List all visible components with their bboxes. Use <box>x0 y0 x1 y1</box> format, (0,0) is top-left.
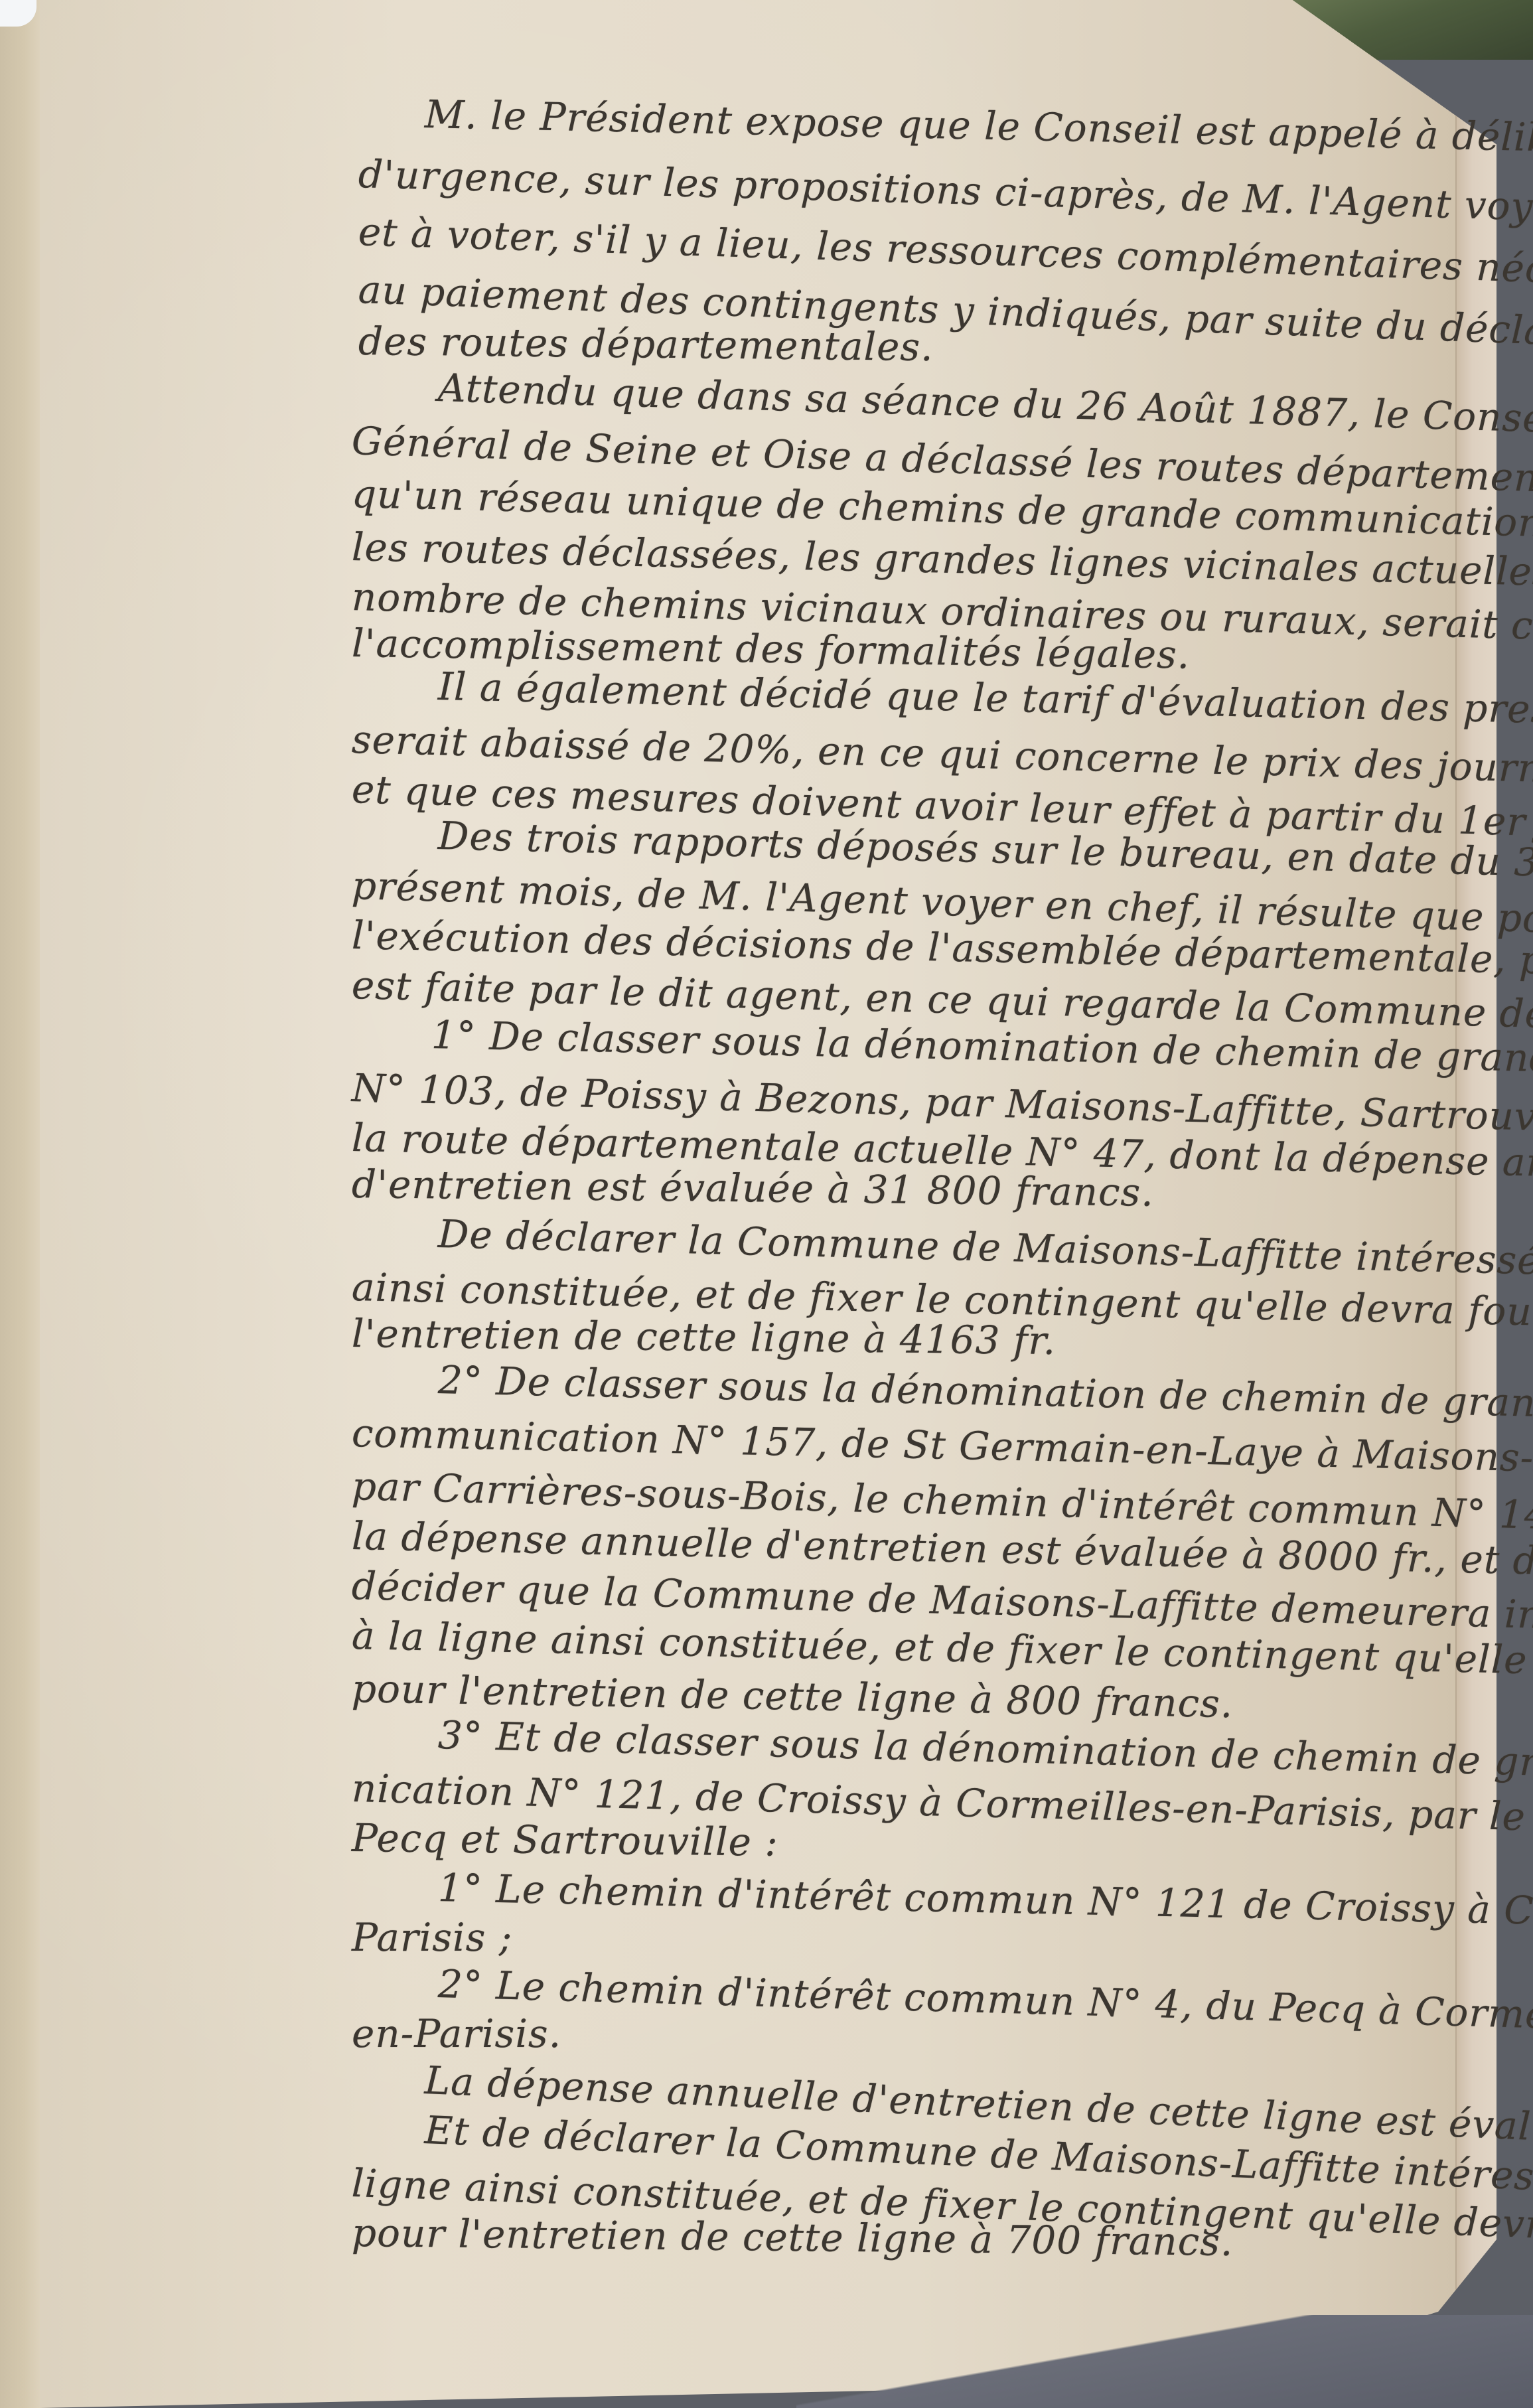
manuscript-line: en-Parisis. <box>352 2011 561 2056</box>
manuscript-line: l'entretien de cette ligne à 4163 fr. <box>352 1311 1057 1363</box>
left-binding <box>0 0 40 2408</box>
manuscript-line: pour l'entretien de cette ligne à 700 fr… <box>352 2210 1234 2265</box>
manuscript-line: des routes départementales. <box>358 319 934 370</box>
table-surface <box>796 2315 1533 2408</box>
binding-tab <box>0 0 36 27</box>
manuscript-line: Parisis ; <box>352 1915 512 1960</box>
manuscript-line: d'entretien est évaluée à 31 800 francs. <box>352 1162 1154 1215</box>
manuscript-line: Pecq et Sartrouville : <box>352 1815 779 1865</box>
